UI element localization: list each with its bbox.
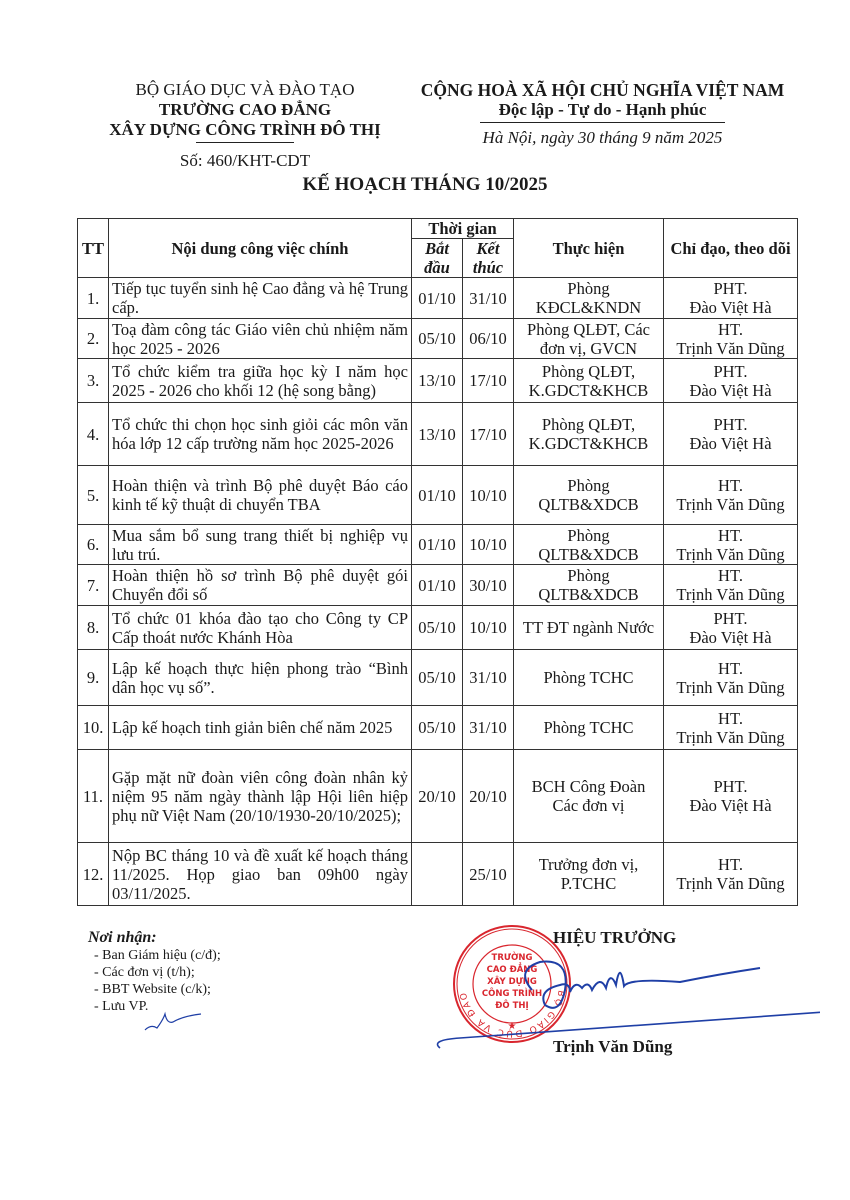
signer-name: Trịnh Văn Dũng — [553, 1037, 672, 1057]
supervisor-title: PHT. — [713, 362, 747, 381]
supervisor: HT.Trịnh Văn Dũng — [664, 466, 798, 525]
start-date: 01/10 — [412, 466, 463, 525]
supervisor-title: HT. — [718, 320, 743, 339]
supervisor-name: Trịnh Văn Dũng — [676, 874, 784, 893]
ministry-name: BỘ GIÁO DỤC VÀ ĐÀO TẠO — [80, 80, 410, 100]
table-row: 7. Hoàn thiện hồ sơ trình Bộ phê duyệt g… — [78, 565, 798, 606]
supervisor-name: Trịnh Văn Dũng — [676, 678, 784, 697]
supervisor-name: Trịnh Văn Dũng — [676, 495, 784, 514]
supervisor-name: Đào Việt Hà — [689, 628, 771, 647]
start-date — [412, 843, 463, 906]
supervisor-name: Đào Việt Hà — [689, 434, 771, 453]
place-date: Hà Nội, ngày 30 tháng 9 năm 2025 — [405, 128, 800, 148]
task-content: Nộp BC tháng 10 và đề xuất kế hoạch thán… — [109, 843, 412, 906]
executor: TT ĐT ngành Nước — [514, 606, 664, 650]
executor: Phòng QLTB&XDCB — [514, 565, 664, 606]
document-number: Số: 460/KHT-CDT — [80, 151, 410, 171]
header-time: Thời gian — [412, 219, 514, 239]
table-row: 1. Tiếp tục tuyển sinh hệ Cao đẳng và hệ… — [78, 278, 798, 319]
supervisor: HT.Trịnh Văn Dũng — [664, 319, 798, 359]
supervisor-title: HT. — [718, 709, 743, 728]
row-number: 2. — [78, 319, 109, 359]
supervisor-name: Trịnh Văn Dũng — [676, 728, 784, 747]
national-header: CỘNG HOÀ XÃ HỘI CHỦ NGHĨA VIỆT NAM Độc l… — [405, 80, 800, 148]
supervisor: PHT.Đào Việt Hà — [664, 359, 798, 403]
supervisor: HT.Trịnh Văn Dũng — [664, 650, 798, 706]
start-date: 01/10 — [412, 278, 463, 319]
initial-signature-icon — [143, 1010, 203, 1035]
header-content: Nội dung công việc chính — [109, 219, 412, 278]
header-tt: TT — [78, 219, 109, 278]
table-row: 8. Tổ chức 01 khóa đào tạo cho Công ty C… — [78, 606, 798, 650]
issuer-block: BỘ GIÁO DỤC VÀ ĐÀO TẠO TRƯỜNG CAO ĐẲNG X… — [80, 80, 410, 171]
motto: Độc lập - Tự do - Hạnh phúc — [405, 100, 800, 120]
table-row: 5. Hoàn thiện và trình Bộ phê duyệt Báo … — [78, 466, 798, 525]
supervisor-title: PHT. — [713, 415, 747, 434]
executor: Phòng KĐCL&KNDN — [514, 278, 664, 319]
table-row: 9. Lập kế hoạch thực hiện phong trào “Bì… — [78, 650, 798, 706]
row-number: 1. — [78, 278, 109, 319]
header-start: Bắtđầu — [412, 239, 463, 278]
end-date: 20/10 — [463, 750, 514, 843]
end-date: 10/10 — [463, 466, 514, 525]
task-content: Gặp mặt nữ đoàn viên công đoàn nhân kỷ n… — [109, 750, 412, 843]
supervisor-name: Trịnh Văn Dũng — [676, 339, 784, 358]
task-content: Hoàn thiện hồ sơ trình Bộ phê duyệt gói … — [109, 565, 412, 606]
nation-name: CỘNG HOÀ XÃ HỘI CHỦ NGHĨA VIỆT NAM — [405, 80, 800, 100]
supervisor-name: Đào Việt Hà — [689, 796, 771, 815]
supervisor: HT.Trịnh Văn Dũng — [664, 565, 798, 606]
start-date: 05/10 — [412, 706, 463, 750]
plan-table: TT Nội dung công việc chính Thời gian Th… — [77, 218, 798, 906]
supervisor: PHT.Đào Việt Hà — [664, 606, 798, 650]
row-number: 12. — [78, 843, 109, 906]
task-content: Lập kế hoạch thực hiện phong trào “Bình … — [109, 650, 412, 706]
executor: Phòng TCHC — [514, 706, 664, 750]
supervisor: HT.Trịnh Văn Dũng — [664, 525, 798, 565]
divider — [480, 122, 725, 123]
supervisor-title: PHT. — [713, 609, 747, 628]
divider — [196, 142, 294, 143]
executor: Phòng QLĐT, Các đơn vị, GVCN — [514, 319, 664, 359]
recipient-item: - Các đơn vị (t/h); — [88, 964, 221, 981]
row-number: 4. — [78, 403, 109, 466]
table-row: 2. Toạ đàm công tác Giáo viên chủ nhiệm … — [78, 319, 798, 359]
row-number: 5. — [78, 466, 109, 525]
end-date: 31/10 — [463, 706, 514, 750]
task-content: Tổ chức kiểm tra giữa học kỳ I năm học 2… — [109, 359, 412, 403]
supervisor: HT.Trịnh Văn Dũng — [664, 706, 798, 750]
executor: Trưởng đơn vị, P.TCHC — [514, 843, 664, 906]
school-name-line2: XÂY DỰNG CÔNG TRÌNH ĐÔ THỊ — [80, 120, 410, 140]
executor: Phòng QLTB&XDCB — [514, 466, 664, 525]
start-date: 01/10 — [412, 525, 463, 565]
recipients-block: Nơi nhận: - Ban Giám hiệu (c/đ); - Các đ… — [88, 928, 221, 1015]
supervisor-title: PHT. — [713, 279, 747, 298]
supervisor-title: PHT. — [713, 777, 747, 796]
row-number: 8. — [78, 606, 109, 650]
start-date: 05/10 — [412, 650, 463, 706]
supervisor-name: Đào Việt Hà — [689, 381, 771, 400]
supervisor-name: Trịnh Văn Dũng — [676, 545, 784, 564]
end-date: 17/10 — [463, 403, 514, 466]
start-date: 05/10 — [412, 606, 463, 650]
task-content: Tổ chức 01 khóa đào tạo cho Công ty CP C… — [109, 606, 412, 650]
row-number: 10. — [78, 706, 109, 750]
task-content: Hoàn thiện và trình Bộ phê duyệt Báo cáo… — [109, 466, 412, 525]
supervisor: HT.Trịnh Văn Dũng — [664, 843, 798, 906]
table-row: 12. Nộp BC tháng 10 và đề xuất kế hoạch … — [78, 843, 798, 906]
supervisor-title: HT. — [718, 526, 743, 545]
executor: Phòng QLĐT, K.GDCT&KHCB — [514, 359, 664, 403]
end-date: 10/10 — [463, 525, 514, 565]
end-date: 10/10 — [463, 606, 514, 650]
end-date: 06/10 — [463, 319, 514, 359]
school-name-line1: TRƯỜNG CAO ĐẲNG — [80, 100, 410, 120]
task-content: Tiếp tục tuyển sinh hệ Cao đẳng và hệ Tr… — [109, 278, 412, 319]
table-row: 10. Lập kế hoạch tinh giản biên chế năm … — [78, 706, 798, 750]
supervisor: PHT.Đào Việt Hà — [664, 278, 798, 319]
task-content: Toạ đàm công tác Giáo viên chủ nhiệm năm… — [109, 319, 412, 359]
row-number: 11. — [78, 750, 109, 843]
header-executor: Thực hiện — [514, 219, 664, 278]
row-number: 9. — [78, 650, 109, 706]
start-date: 13/10 — [412, 359, 463, 403]
end-date: 31/10 — [463, 278, 514, 319]
row-number: 3. — [78, 359, 109, 403]
start-date: 05/10 — [412, 319, 463, 359]
supervisor-title: HT. — [718, 476, 743, 495]
table-row: 11. Gặp mặt nữ đoàn viên công đoàn nhân … — [78, 750, 798, 843]
supervisor: PHT.Đào Việt Hà — [664, 750, 798, 843]
executor: Phòng TCHC — [514, 650, 664, 706]
start-date: 01/10 — [412, 565, 463, 606]
recipient-item: - Ban Giám hiệu (c/đ); — [88, 947, 221, 964]
supervisor: PHT.Đào Việt Hà — [664, 403, 798, 466]
row-number: 7. — [78, 565, 109, 606]
table-row: 4. Tổ chức thi chọn học sinh giỏi các mô… — [78, 403, 798, 466]
start-date: 13/10 — [412, 403, 463, 466]
supervisor-title: HT. — [718, 566, 743, 585]
end-date: 30/10 — [463, 565, 514, 606]
start-date: 20/10 — [412, 750, 463, 843]
supervisor-name: Trịnh Văn Dũng — [676, 585, 784, 604]
row-number: 6. — [78, 525, 109, 565]
executor: Phòng QLTB&XDCB — [514, 525, 664, 565]
supervisor-title: HT. — [718, 659, 743, 678]
end-date: 31/10 — [463, 650, 514, 706]
end-date: 17/10 — [463, 359, 514, 403]
supervisor-title: HT. — [718, 855, 743, 874]
executor: BCH Công Đoàn Các đơn vị — [514, 750, 664, 843]
task-content: Lập kế hoạch tinh giản biên chế năm 2025 — [109, 706, 412, 750]
supervisor-name: Đào Việt Hà — [689, 298, 771, 317]
document-title: KẾ HOẠCH THÁNG 10/2025 — [0, 174, 850, 196]
recipients-heading: Nơi nhận: — [88, 928, 221, 947]
header-end: Kếtthúc — [463, 239, 514, 278]
end-date: 25/10 — [463, 843, 514, 906]
table-row: 3. Tổ chức kiểm tra giữa học kỳ I năm họ… — [78, 359, 798, 403]
header-supervisor: Chỉ đạo, theo dõi — [664, 219, 798, 278]
table-row: 6. Mua sắm bổ sung trang thiết bị nghiệp… — [78, 525, 798, 565]
task-content: Tổ chức thi chọn học sinh giỏi các môn v… — [109, 403, 412, 466]
task-content: Mua sắm bổ sung trang thiết bị nghiệp vụ… — [109, 525, 412, 565]
recipient-item: - BBT Website (c/k); — [88, 981, 221, 998]
executor: Phòng QLĐT, K.GDCT&KHCB — [514, 403, 664, 466]
